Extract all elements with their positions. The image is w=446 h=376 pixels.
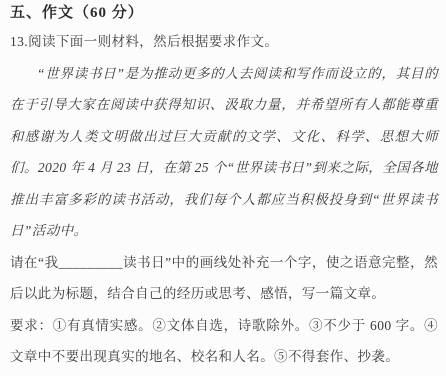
exam-document-page: 五、作文（60 分） 13.阅读下面一则材料，然后根据要求作文。 “世界读书日”…: [0, 0, 446, 376]
material-paragraph: “世界读书日”是为推动更多的人去阅读和写作而设立的，其目的在于引导大家在阅读中获…: [10, 58, 438, 247]
question-number: 13.: [10, 34, 28, 49]
question-line: 13.阅读下面一则材料，然后根据要求作文。: [10, 26, 438, 58]
document-body: 13.阅读下面一则材料，然后根据要求作文。 “世界读书日”是为推动更多的人去阅读…: [10, 26, 438, 373]
question-intro: 阅读下面一则材料，然后根据要求作文。: [28, 34, 278, 49]
section-title: 五、作文（60 分）: [10, 3, 438, 24]
prompt-paragraph: 请在“我_________读书日”中的画线处补充一个字，使之语意完整，然后以此为…: [10, 247, 438, 310]
requirements-paragraph: 要求：①有真情实感。②文体自选，诗歌除外。③不少于 600 字。④文章中不要出现…: [10, 310, 438, 373]
